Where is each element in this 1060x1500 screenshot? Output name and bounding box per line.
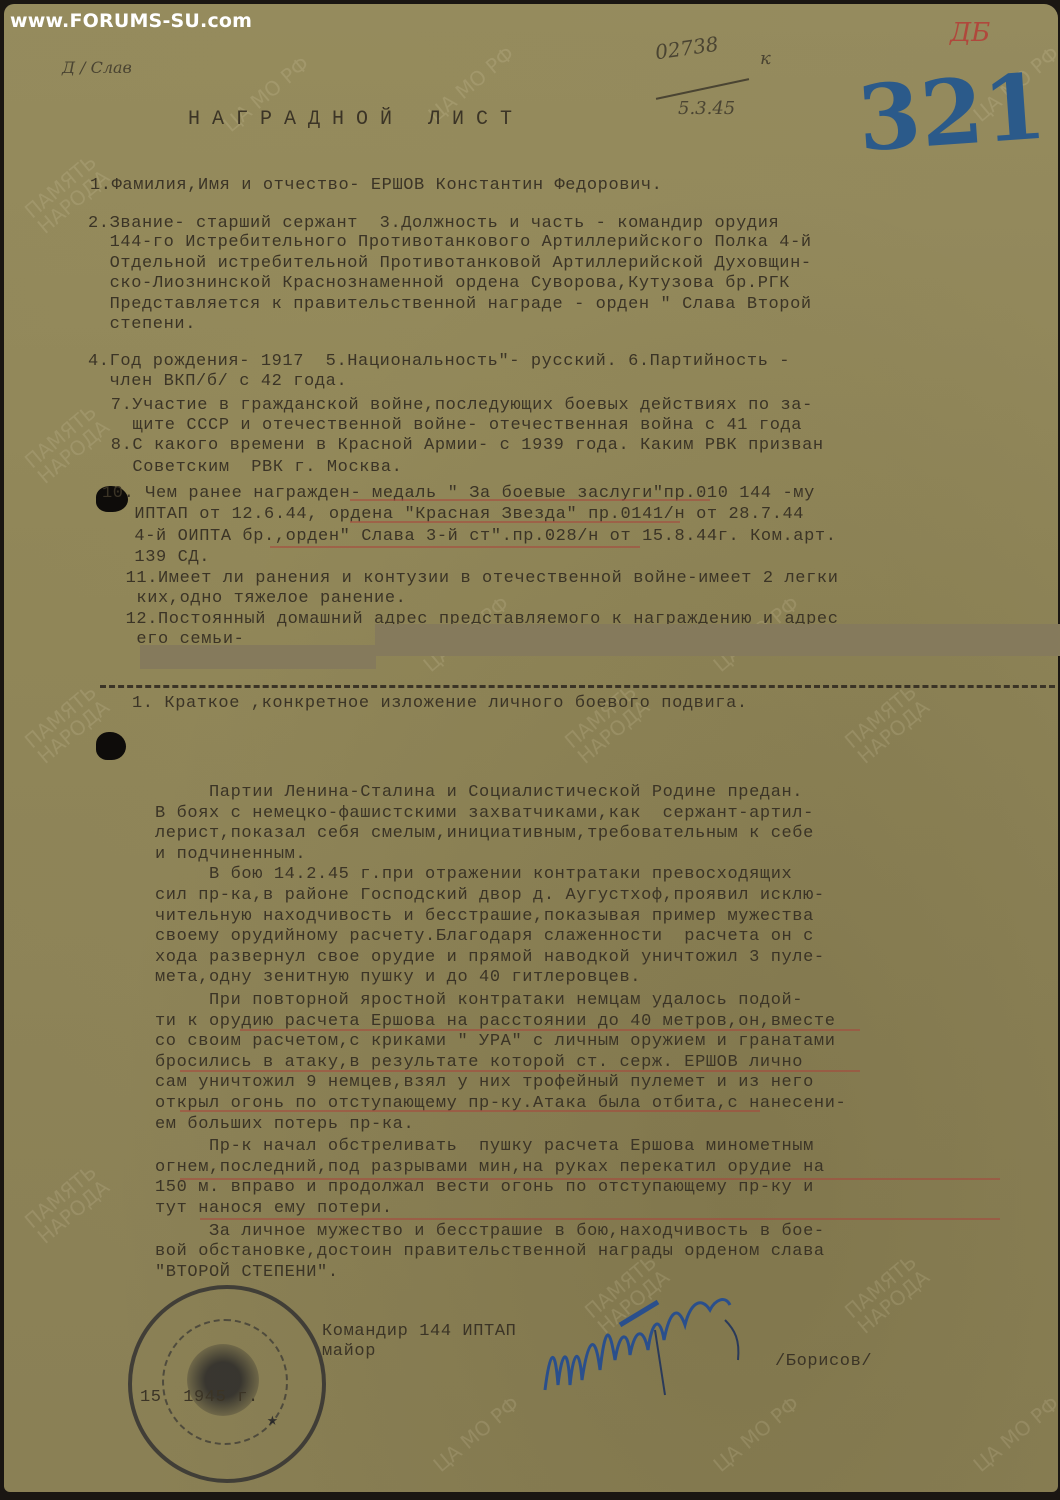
official-stamp: ★: [128, 1285, 326, 1483]
blue-pencil-number: 321: [855, 54, 1050, 173]
star-icon: ★: [267, 1409, 278, 1430]
red-underline: [350, 521, 680, 523]
archive-date: 5.3.45: [678, 98, 735, 119]
archive-sub-mark: к: [760, 48, 771, 69]
section-divider: [100, 685, 1055, 688]
red-underline: [180, 1178, 1000, 1180]
watermark-archive: ЦА МО РФ: [430, 1393, 523, 1475]
handwritten-note-top-left: Д / Слав: [62, 58, 132, 77]
watermark-project: ПАМЯТЬ НАРОДА: [841, 681, 932, 767]
narrative-line: со своим расчетом,с криками " УРА" с лич…: [155, 1032, 836, 1051]
narrative-line: мета,одну зенитную пушку и до 40 гитлеро…: [155, 968, 641, 987]
site-watermark-label: www.FORUMS-SU.com: [10, 10, 252, 32]
narrative-line: В бою 14.2.45 г.при отражении контратаки…: [155, 865, 792, 884]
narrative-line: В боях с немецко-фашистскими захватчикам…: [155, 804, 814, 823]
narrative-line: Партии Ленина-Сталина и Социалистической…: [155, 783, 803, 802]
red-underline: [270, 546, 640, 548]
narrative-line: сам уничтожил 9 немцев,взял у них трофей…: [155, 1073, 814, 1092]
narrative-line: бросились в атаку,в результате которой с…: [155, 1053, 803, 1072]
watermark-project: ПАМЯТЬ НАРОДА: [841, 1251, 932, 1337]
narrative-line: При повторной яростной контратаки немцам…: [155, 991, 803, 1010]
punch-hole: [96, 732, 126, 760]
signer-role: Командир 144 ИПТАП: [322, 1322, 516, 1341]
narrative-line: своему орудийному расчету.Благодаря слаж…: [155, 927, 814, 946]
red-underline: [200, 1218, 1000, 1220]
watermark-project: ПАМЯТЬ НАРОДА: [21, 401, 112, 487]
narrative-line: лерист,показал себя смелым,инициативным,…: [155, 824, 814, 843]
narrative-line: и подчиненным.: [155, 845, 306, 864]
redacted-address: [140, 645, 376, 669]
narrative-line: ем больших потерь пр-ка.: [155, 1115, 414, 1134]
narrative-line: огнем,последний,под разрывами мин,на рук…: [155, 1158, 825, 1177]
signer-rank: майор: [322, 1342, 376, 1361]
handwritten-signature: [540, 1290, 800, 1400]
red-underline: [180, 1070, 860, 1072]
document-title: НАГРАДНОЙ ЛИСТ: [188, 108, 524, 131]
redacted-address: [375, 624, 1060, 656]
field-name: 1.Фамилия,Имя и отчество- ЕРШОВ Констант…: [90, 176, 663, 195]
watermark-archive: ЦА МО РФ: [970, 1393, 1060, 1475]
watermark-archive: ЦА МО РФ: [710, 1393, 803, 1475]
narrative-line: хода развернул свое орудие и прямой наво…: [155, 948, 825, 967]
narrative-line: сил пр-ка,в районе Господский двор д. Ау…: [155, 886, 825, 905]
narrative-line: тут нанося ему потери.: [155, 1199, 393, 1218]
red-underline: [350, 499, 710, 501]
red-pencil-mark: ДБ: [950, 18, 990, 48]
watermark-project: ПАМЯТЬ НАРОДА: [21, 1161, 112, 1247]
narrative-line: "ВТОРОЙ СТЕПЕНИ".: [155, 1263, 339, 1282]
signature-date: 15 1945 г.: [140, 1388, 259, 1407]
narrative-line: 150 м. вправо и продолжал вести огонь по…: [155, 1178, 814, 1197]
red-underline: [180, 1110, 760, 1112]
narrative-line: чительную находчивость и бесстрашие,пока…: [155, 907, 814, 926]
narrative-line: ти к орудию расчета Ершова на расстоянии…: [155, 1012, 836, 1031]
section-heading: 1. Краткое ,конкретное изложение личного…: [132, 694, 748, 713]
red-underline: [240, 1029, 860, 1031]
narrative-line: За личное мужество и бесстрашие в бою,на…: [155, 1222, 825, 1241]
narrative-line: Пр-к начал обстреливать пушку расчета Ер…: [155, 1137, 814, 1156]
narrative-line: вой обстановке,достоин правительственной…: [155, 1242, 825, 1261]
